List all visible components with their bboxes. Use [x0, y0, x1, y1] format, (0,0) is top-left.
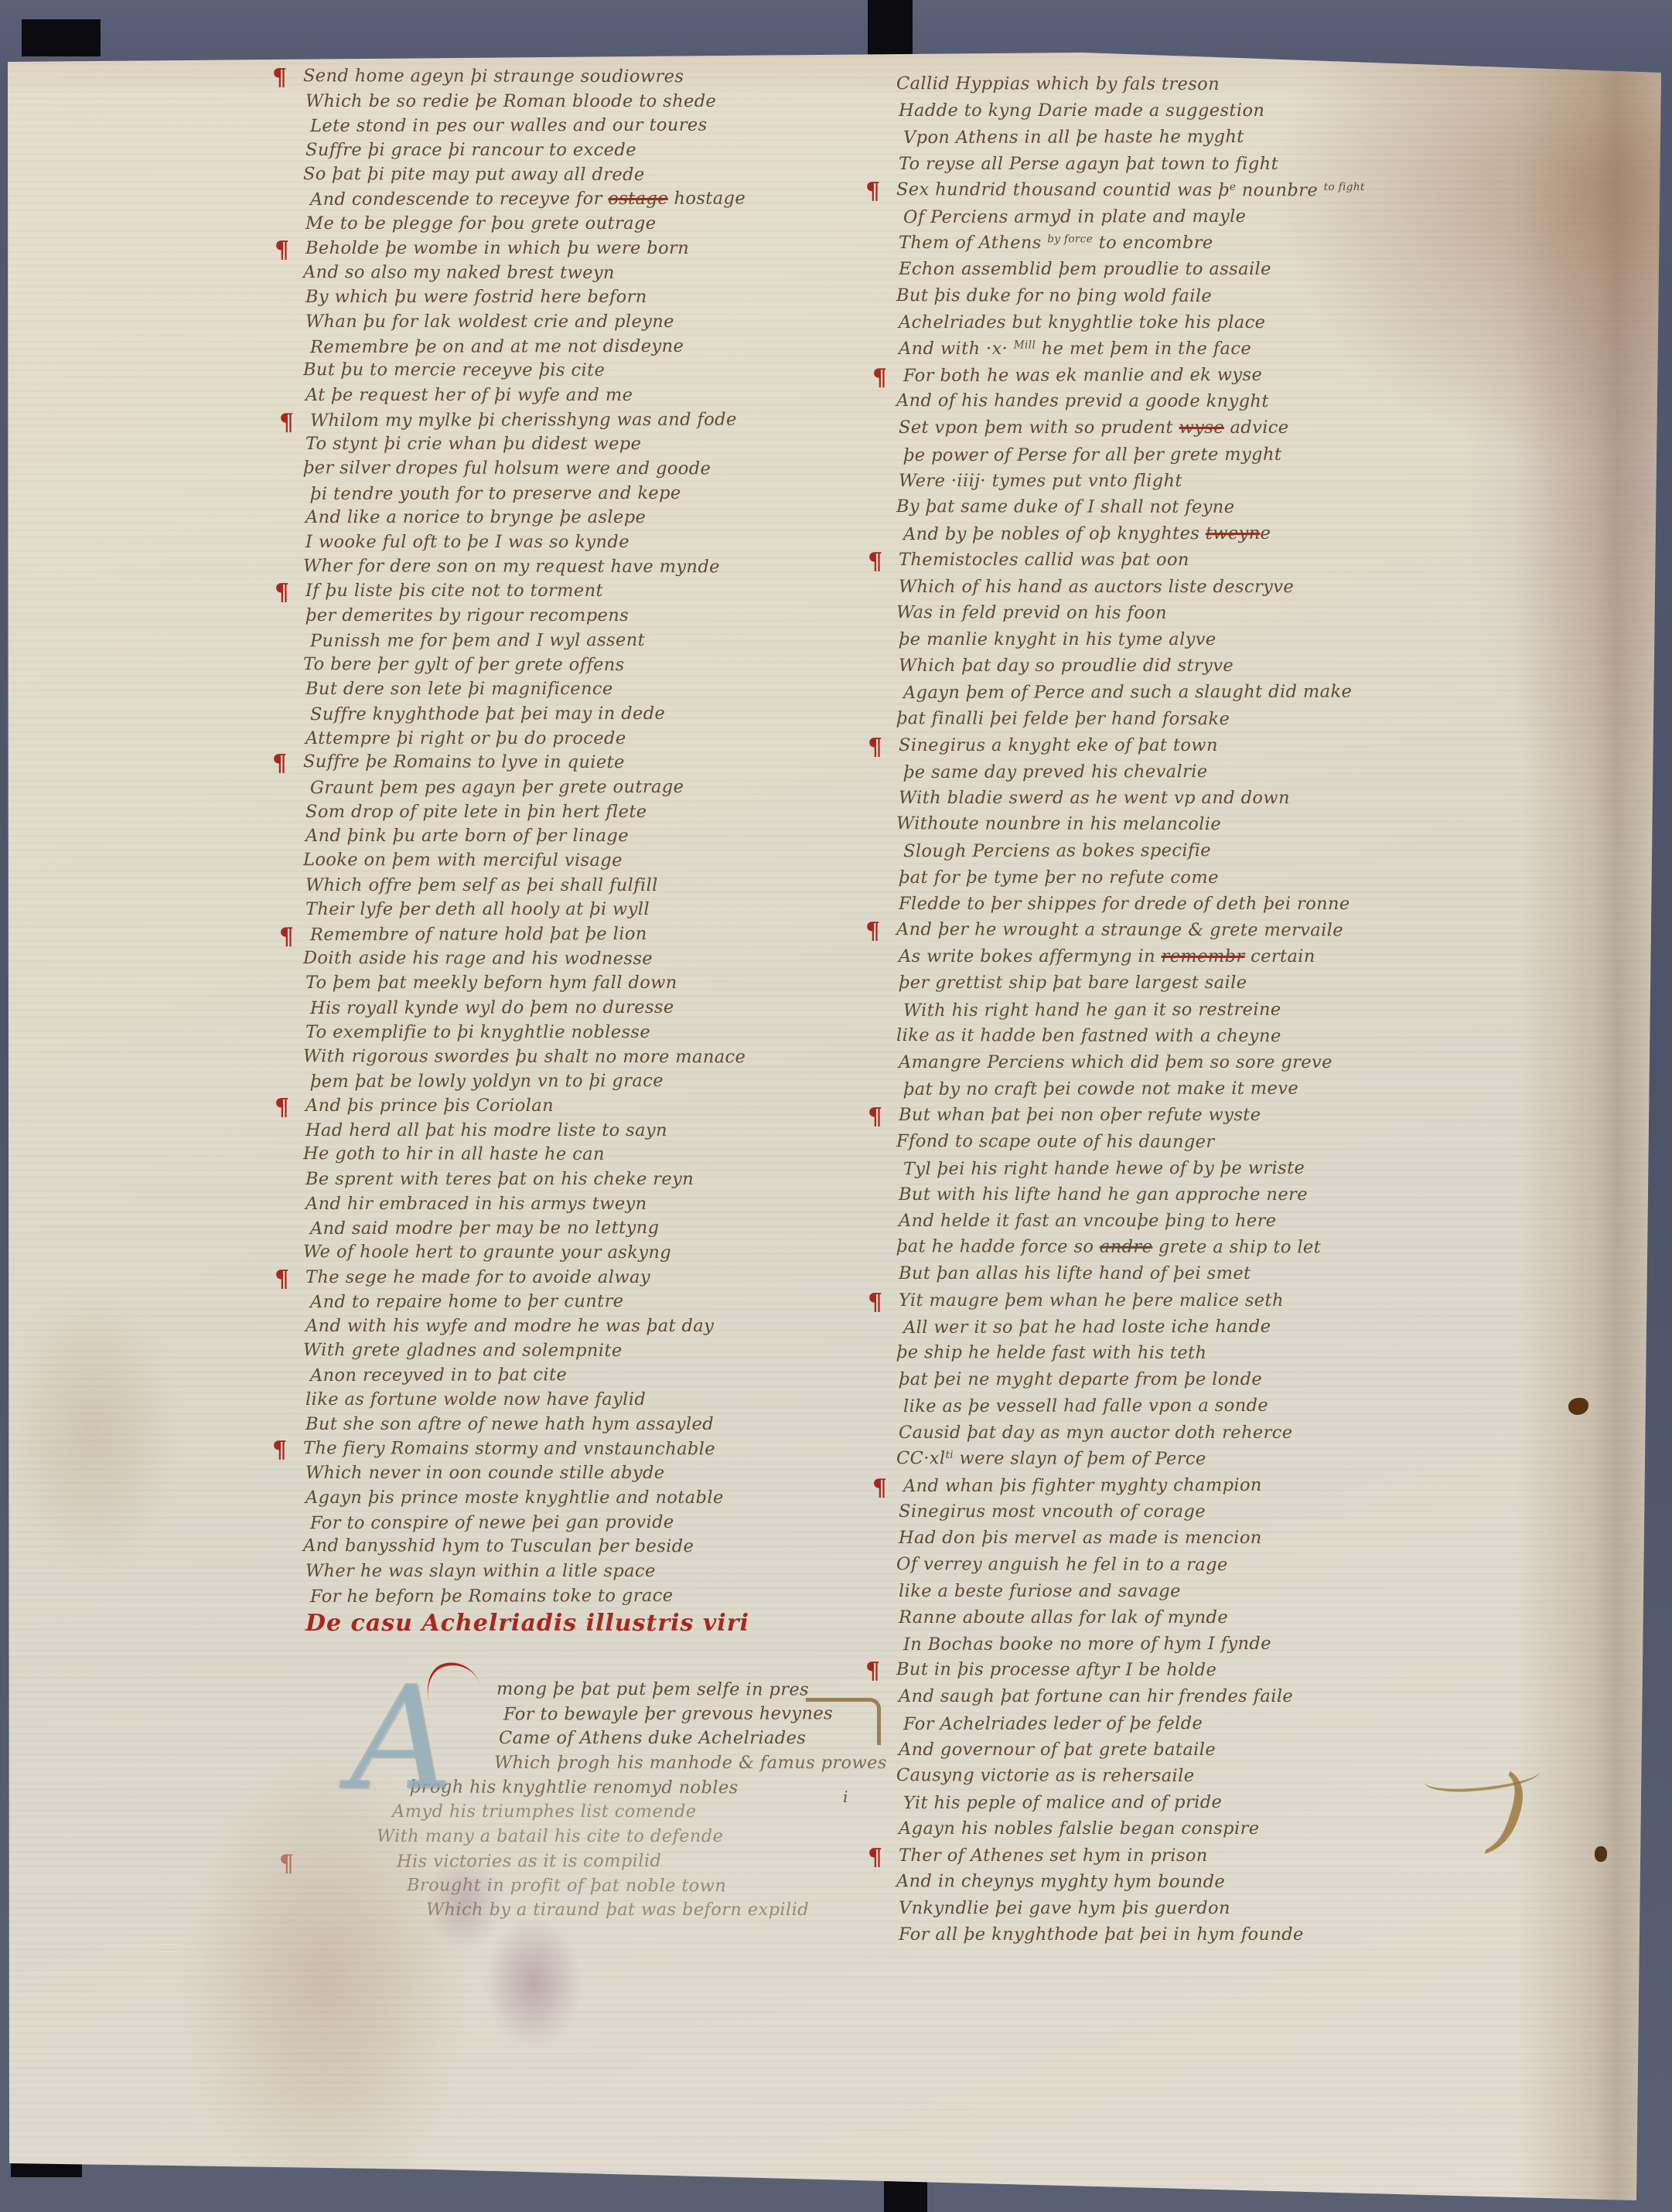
verse-text: With bladie swerd as he went vp and down	[899, 788, 1290, 808]
verse-line: And like a norice to brynge þe aslepe	[305, 507, 947, 532]
verse-line: Which of his hand as auctors liste descr…	[899, 577, 1541, 603]
verse-text: þe same day preved his chevalrie	[903, 762, 1208, 782]
verse-line: þe power of Perse for all þer grete mygh…	[903, 444, 1545, 472]
verse-line: Doith aside his rage and his wodnesse	[303, 948, 945, 973]
verse-text: But þan allas his lifte hand of þei smet	[899, 1263, 1251, 1283]
verse-line: þat finalli þei felde þer hand forsake	[896, 708, 1538, 736]
pilcrow-mark: ¶	[279, 409, 295, 436]
verse-text: like as it hadde ben fastned with a chey…	[896, 1025, 1281, 1046]
verse-line: And by þe nobles of oþ knyghtes tweyne	[903, 523, 1545, 550]
verse-line: Amangre Perciens which did þem so sore g…	[899, 1052, 1541, 1079]
verse-text: Vnkyndlie þei gave hym þis guerdon	[899, 1898, 1230, 1918]
verse-text: Causid þat day as myn auctor doth reherc…	[899, 1423, 1293, 1443]
struck-word: ostage	[608, 189, 668, 209]
interlinear-addition: ti	[945, 1449, 954, 1461]
verse-line: Remembre þe on and at me not disdeyne	[310, 335, 952, 361]
verse-text: As write bokes affermyng in	[899, 946, 1162, 966]
verse-text: Was in feld previd on his foon	[896, 602, 1167, 623]
text-column-right: Callid Hyppias which by fals tresonHadde…	[899, 74, 1541, 1951]
verse-text: Be sprent with teres þat on his cheke re…	[305, 1169, 694, 1189]
verse-text: hostage	[668, 189, 746, 209]
verse-text: Causyng victorie as is rehersaile	[896, 1765, 1195, 1786]
verse-text: And condescende to receyve for	[310, 189, 608, 210]
verse-line: þat for þe tyme þer no refute come	[899, 867, 1541, 894]
verse-text: And governour of þat grete bataile	[899, 1740, 1216, 1760]
verse-line: CC·xlti were slayn of þem of Perce	[896, 1448, 1538, 1476]
verse-text: Had herd all þat his modre liste to sayn	[305, 1120, 667, 1140]
verse-text: But þu to mercie receyve þis cite	[303, 360, 605, 380]
verse-text: like as fortune wolde now have faylid	[305, 1389, 646, 1409]
verse-line: But she son aftre of newe hath hym assay…	[305, 1414, 947, 1439]
verse-text: Which þat day so proudlie did stryve	[899, 656, 1234, 676]
verse-line: He goth to hir in all haste he can	[303, 1143, 945, 1169]
verse-line: ¶Beholde þe wombe in which þu were born	[305, 238, 947, 263]
verse-text: And with his wyfe and modre he was þat d…	[305, 1316, 714, 1336]
verse-text: Callid Hyppias which by fals treson	[896, 73, 1220, 94]
pilcrow-mark: ¶	[865, 1658, 881, 1685]
verse-text: For to conspire of newe þei gan provide	[310, 1512, 674, 1532]
pilcrow-mark: ¶	[279, 923, 295, 950]
verse-text: Sinegirus most vncouth of corage	[899, 1501, 1206, 1522]
pilcrow-mark: ¶	[868, 1103, 883, 1130]
verse-text: But dere son lete þi magnificence	[305, 679, 613, 699]
verse-text: Them of Athens	[899, 233, 1047, 253]
verse-text: Were ·iiij· tymes put vnto flight	[899, 471, 1182, 491]
verse-line: þi tendre youth for to preserve and kepe	[310, 482, 952, 509]
verse-line: With rigorous swordes þu shalt no more m…	[303, 1046, 945, 1072]
verse-text: Suffre knyghthode þat þei may in dede	[310, 704, 665, 724]
verse-line: Wher he was slayn within a litle space	[305, 1561, 947, 1586]
verse-text: Had don þis mervel as made is mencion	[899, 1528, 1262, 1548]
pilcrow-mark: ¶	[275, 237, 290, 264]
verse-line: At þe request her of þi wyfe and me	[305, 385, 947, 410]
verse-line: Had don þis mervel as made is mencion	[899, 1528, 1541, 1554]
verse-text: þat finalli þei felde þer hand forsake	[896, 708, 1230, 729]
verse-line: And so also my naked brest tweyn	[303, 262, 945, 288]
verse-line: þe manlie knyght in his tyme alyve	[899, 629, 1541, 656]
verse-line: And banysshid hym to Tusculan þer beside	[303, 1535, 945, 1561]
verse-line: And saugh þat fortune can hir frendes fa…	[899, 1686, 1541, 1713]
verse-line: By þat same duke of I shall not feyne	[896, 496, 1538, 524]
verse-text: And hir embraced in his armys tweyn	[305, 1194, 647, 1214]
verse-line: like as it hadde ben fastned with a chey…	[896, 1025, 1538, 1053]
verse-line: Graunt þem pes agayn þer grete outrage	[310, 776, 952, 803]
verse-line: We of hoole hert to graunte your askyng	[303, 1242, 945, 1267]
verse-text: And said modre þer may be no lettyng	[310, 1218, 659, 1239]
verse-text: Agayn þem of Perce and such a slaught di…	[903, 682, 1352, 704]
verse-text: If þu liste þis cite not to torment	[305, 581, 603, 601]
verse-text: Which never in oon counde stille abyde	[305, 1463, 664, 1483]
verse-text: CC·xl	[896, 1448, 946, 1468]
verse-line: With many a batail his cite to defende	[305, 1826, 947, 1851]
verse-line: Set vpon þem with so prudent wyse advice	[899, 418, 1541, 444]
verse-line: Attempre þi right or þu do procede	[305, 728, 947, 753]
verse-line: Looke on þem with merciful visage	[303, 850, 945, 875]
verse-text: To reyse all Perse agayn þat town to fig…	[899, 154, 1278, 174]
verse-text: grete a ship to let	[1152, 1237, 1321, 1257]
verse-line: Of verrey anguish he fel in to a rage	[896, 1554, 1538, 1582]
verse-text: And whan þis fighter myghty champion	[903, 1475, 1262, 1496]
verse-line: ¶Themistocles callid was þat oon	[899, 550, 1541, 576]
text-column-left: ¶Send home ageyn þi straunge soudiowresW…	[305, 66, 947, 1924]
verse-line: And governour of þat grete bataile	[899, 1740, 1541, 1766]
verse-text: Agayn his nobles falslie began conspire	[899, 1818, 1259, 1839]
verse-line: Achelriades but knyghtlie toke his place	[899, 312, 1541, 339]
verse-text: Fledde to þer shippes for drede of deth …	[899, 894, 1350, 914]
verse-text: To bere þer gylt of þer grete offens	[303, 654, 625, 675]
verse-line: þer silver dropes ful holsum were and go…	[303, 458, 945, 483]
verse-text: Of Perciens armyd in plate and mayle	[903, 206, 1246, 227]
verse-line: Lete stond in pes our walles and our tou…	[310, 114, 952, 141]
verse-text: þat by no craft þei cowde not make it me…	[903, 1079, 1298, 1099]
verse-line: And þink þu arte born of þer linage	[305, 826, 947, 850]
verse-line: þat he hadde force so andre grete a ship…	[896, 1236, 1538, 1264]
verse-text: Som drop of pite lete in þin hert flete	[305, 802, 647, 822]
verse-text: Withoute nounbre in his melancolie	[896, 813, 1221, 834]
verse-text: nounbre	[1236, 180, 1323, 200]
verse-line: To stynt þi crie whan þu didest wepe	[305, 434, 947, 458]
verse-text: But with his lifte hand he gan approche …	[899, 1184, 1308, 1205]
verse-line: And in cheynys myghty hym bounde	[896, 1871, 1538, 1899]
verse-line: Whan þu for lak woldest crie and pleyne	[305, 312, 947, 336]
struck-word: wyse	[1179, 418, 1223, 438]
pilcrow-mark: ¶	[872, 364, 888, 391]
verse-text: e	[1261, 523, 1271, 544]
pilcrow-mark: ¶	[272, 750, 288, 777]
verse-text: To þem þat meekly beforn hym fall down	[305, 973, 677, 993]
verse-line: þe ship he helde fast with his teth	[896, 1342, 1538, 1370]
verse-text: þat for þe tyme þer no refute come	[899, 867, 1219, 888]
verse-line: ¶And whan þis fighter myghty champion	[903, 1474, 1545, 1502]
verse-line: Them of Athens by force to encombre	[899, 233, 1541, 259]
verse-text: certain	[1245, 946, 1315, 966]
verse-text: þer demerites by rigour recompens	[305, 605, 629, 625]
pilcrow-mark: ¶	[272, 1437, 288, 1464]
ink-spot	[1568, 1398, 1588, 1415]
verse-line: ¶If þu liste þis cite not to torment	[305, 581, 947, 605]
verse-line: Suffre knyghthode þat þei may in dede	[310, 703, 952, 729]
verse-text: I wooke ful oft to þe I was so kynde	[305, 532, 630, 552]
verse-line: ¶The sege he made for to avoide alway	[305, 1267, 947, 1292]
verse-line: Slough Perciens as bokes specifie	[903, 840, 1545, 867]
verse-line: ¶Send home ageyn þi straunge soudiowres	[303, 66, 945, 91]
verse-line: Which by a tiraund þat was beforn expili…	[305, 1900, 947, 1924]
verse-text: Ther of Athenes set hym in prison	[899, 1846, 1208, 1866]
verse-text: þat þei ne myght departe from þe londe	[899, 1369, 1262, 1389]
verse-text: And þink þu arte born of þer linage	[305, 826, 629, 846]
pilcrow-mark: ¶	[868, 1844, 883, 1871]
verse-text: Echon assemblid þem proudlie to assaile	[899, 259, 1271, 279]
verse-text: By þat same duke of I shall not feyne	[896, 496, 1234, 517]
verse-text: Wher for dere son on my request have myn…	[303, 556, 720, 577]
verse-text: With his right hand he gan it so restrei…	[903, 999, 1281, 1020]
verse-text: But whan þat þei non oþer refute wyste	[899, 1105, 1261, 1125]
verse-text: With grete gladnes and solempnite	[303, 1340, 623, 1361]
verse-text: Agayn þis prince moste knyghtlie and not…	[305, 1488, 724, 1508]
verse-text: Attempre þi right or þu do procede	[305, 728, 626, 748]
pilcrow-mark: ¶	[275, 1266, 290, 1293]
verse-text: And with ·x·	[899, 339, 1014, 359]
verse-line: As write bokes affermyng in remembr cert…	[899, 946, 1541, 973]
verse-line: Me to be plegge for þou grete outrage	[305, 213, 947, 238]
verse-text: But þis duke for no þing wold faile	[896, 285, 1212, 306]
verse-text: Achelriades but knyghtlie toke his place	[899, 312, 1265, 332]
photo-backdrop: ¶Send home ageyn þi straunge soudiowresW…	[0, 0, 1672, 2212]
verse-text: Wher he was slayn within a litle space	[305, 1561, 656, 1581]
verse-text: Ffond to scape oute of his daunger	[896, 1131, 1215, 1152]
verse-line: To þem þat meekly beforn hym fall down	[305, 973, 947, 997]
verse-text: He goth to hir in all haste he can	[303, 1143, 605, 1164]
verse-text: Which by a tiraund þat was beforn expili…	[426, 1900, 809, 1920]
verse-line: And to repaire home to þer cuntre	[310, 1290, 952, 1317]
pilcrow-mark: ¶	[272, 64, 288, 91]
verse-line: And condescende to receyve for ostage ho…	[310, 188, 952, 214]
verse-line: For he beforn þe Romains toke to grace	[310, 1585, 952, 1611]
verse-text: By which þu were fostrid here beforn	[305, 287, 647, 307]
interlinear-addition: to fight	[1324, 181, 1365, 193]
verse-text: Which of his hand as auctors liste descr…	[899, 577, 1294, 597]
verse-text: þem þat be lowly yoldyn vn to þi grace	[310, 1071, 664, 1092]
verse-line: By which þu were fostrid here beforn	[305, 287, 947, 312]
verse-text: Send home ageyn þi straunge soudiowres	[303, 66, 684, 87]
verse-text: Whan þu for lak woldest crie and pleyne	[305, 312, 674, 332]
verse-line: Tyl þei his right hande hewe of by þe wr…	[903, 1157, 1545, 1185]
verse-text: And so also my naked brest tweyn	[303, 262, 615, 283]
verse-line: like a beste furiose and savage	[899, 1581, 1541, 1607]
verse-line: And with ·x· Mill he met þem in the face	[899, 339, 1541, 365]
line-filler-hook	[806, 1698, 881, 1745]
verse-text: And in cheynys myghty hym bounde	[896, 1871, 1225, 1892]
verse-line: þer demerites by rigour recompens	[305, 605, 947, 630]
verse-line: Withoute nounbre in his melancolie	[896, 813, 1538, 841]
verse-line: Agayn þis prince moste knyghtlie and not…	[305, 1488, 947, 1512]
verse-text: to encombre	[1093, 233, 1213, 253]
marginal-note: i	[843, 1788, 848, 1806]
verse-text: For both he was ek manlie and ek wyse	[903, 365, 1262, 386]
verse-line: þem þat be lowly yoldyn vn to þi grace	[310, 1070, 952, 1096]
verse-text: Which þrogh his manhode & famus prowes	[494, 1753, 887, 1773]
verse-text: We of hoole hert to graunte your askyng	[303, 1242, 671, 1263]
verse-text: Themistocles callid was þat oon	[899, 550, 1189, 570]
verse-line: Yit his peple of malice and of pride	[903, 1791, 1545, 1819]
verse-text: For Achelriades leder of þe felde	[903, 1713, 1203, 1734]
verse-line: ¶Suffre þe Romains to lyve in quiete	[303, 752, 945, 777]
mount-tab-top-center	[868, 0, 913, 56]
verse-line: Som drop of pite lete in þin hert flete	[305, 802, 947, 827]
verse-line: But dere son lete þi magnificence	[305, 679, 947, 704]
verse-line: Sinegirus most vncouth of corage	[899, 1501, 1541, 1528]
verse-line: Callid Hyppias which by fals treson	[896, 73, 1538, 101]
verse-text: Beholde þe wombe in which þu were born	[305, 238, 689, 258]
verse-text: Hadde to kyng Darie made a suggestion	[899, 101, 1264, 121]
verse-line: But þu to mercie receyve þis cite	[303, 360, 945, 385]
verse-text: Remembre þe on and at me not disdeyne	[310, 336, 684, 356]
rubric-line: De casu Achelriadis illustris viri	[305, 1610, 947, 1634]
verse-text: Amangre Perciens which did þem so sore g…	[899, 1052, 1332, 1072]
verse-line: Which þat day so proudlie did stryve	[899, 656, 1541, 682]
verse-text: With rigorous swordes þu shalt no more m…	[303, 1046, 746, 1067]
verse-text: Looke on þem with merciful visage	[303, 850, 623, 871]
verse-line: Ffond to scape oute of his daunger	[896, 1131, 1538, 1159]
verse-line: But with his lifte hand he gan approche …	[899, 1184, 1541, 1211]
verse-text: So þat þi pite may put away all drede	[303, 164, 645, 185]
verse-text: Lete stond in pes our walles and our tou…	[310, 115, 708, 136]
verse-line: To reyse all Perse agayn þat town to fig…	[899, 154, 1541, 180]
ink-spot-small	[1595, 1846, 1607, 1862]
verse-text: His royall kynde wyl do þem no duresse	[310, 997, 674, 1018]
verse-text: And þer he wrought a straunge & grete me…	[896, 919, 1343, 940]
verse-text: In Bochas booke no more of hym I fynde	[903, 1634, 1271, 1655]
verse-line: Brought in profit of þat noble town	[303, 1875, 945, 1900]
verse-line: like as fortune wolde now have faylid	[305, 1389, 947, 1414]
verse-line: þe same day preved his chevalrie	[903, 761, 1545, 789]
verse-text: And of his handes previd a goode knyght	[896, 390, 1269, 411]
verse-line: þer grettist ship þat bare largest saile	[899, 973, 1541, 999]
verse-text: And saugh þat fortune can hir frendes fa…	[899, 1686, 1293, 1706]
verse-text: Which offre þem self as þei shall fulfil…	[305, 875, 658, 895]
verse-text: Their lyfe þer deth all hooly at þi wyll	[305, 899, 650, 919]
verse-line: Vnkyndlie þei gave hym þis guerdon	[899, 1898, 1541, 1924]
verse-text: And þis prince þis Coriolan	[305, 1096, 554, 1116]
verse-line: And hir embraced in his armys tweyn	[305, 1194, 947, 1218]
verse-line: Hadde to kyng Darie made a suggestion	[899, 101, 1541, 127]
verse-text: For to bewayle þer grevous hevynes	[503, 1703, 833, 1724]
verse-text: Brought in profit of þat noble town	[407, 1875, 726, 1896]
verse-text: þer silver dropes ful holsum were and go…	[303, 458, 711, 479]
verse-text: But she son aftre of newe hath hym assay…	[305, 1414, 714, 1434]
verse-text: To stynt þi crie whan þu didest wepe	[305, 434, 641, 454]
verse-line: And of his handes previd a goode knyght	[896, 390, 1538, 418]
verse-text: Remembre of nature hold þat þe lion	[310, 924, 647, 945]
verse-text: Slough Perciens as bokes specifie	[903, 840, 1211, 861]
pilcrow-mark: ¶	[865, 178, 881, 205]
verse-line: Vpon Athens in all þe haste he myght	[903, 126, 1545, 154]
verse-line: ¶And þis prince þis Coriolan	[305, 1096, 947, 1120]
verse-line: ¶Sinegirus a knyght eke of þat town	[899, 735, 1541, 762]
interlinear-addition: Mill	[1014, 339, 1036, 351]
verse-line: With grete gladnes and solempnite	[303, 1340, 945, 1365]
verse-text: þe power of Perse for all þer grete mygh…	[903, 444, 1281, 465]
verse-text: Sex hundrid thousand countid was þ	[896, 179, 1230, 200]
verse-line: Was in feld previd on his foon	[896, 602, 1538, 630]
verse-text: Of verrey anguish he fel in to a rage	[896, 1554, 1228, 1575]
verse-line: In Bochas booke no more of hym I fynde	[903, 1633, 1545, 1661]
verse-text: All wer it so þat he had loste iche hand…	[903, 1317, 1271, 1338]
verse-line: Which never in oon counde stille abyde	[305, 1463, 947, 1488]
verse-text: Sinegirus a knyght eke of þat town	[899, 735, 1218, 755]
verse-line: ¶Ther of Athenes set hym in prison	[899, 1846, 1541, 1872]
verse-text: Me to be plegge for þou grete outrage	[305, 213, 656, 233]
verse-text: þe ship he helde fast with his teth	[896, 1342, 1206, 1363]
verse-text: Suffre þe Romains to lyve in quiete	[303, 752, 625, 772]
verse-text: þer grettist ship þat bare largest saile	[899, 973, 1247, 993]
verse-line: Suffre þi grace þi rancour to excede	[305, 140, 947, 165]
verse-text: he met þem in the face	[1036, 339, 1251, 359]
verse-text: like as þe vessell had falle vpon a sond…	[903, 1396, 1268, 1416]
verse-text: And like a norice to brynge þe aslepe	[305, 507, 646, 527]
verse-text: Graunt þem pes agayn þer grete outrage	[310, 777, 684, 798]
verse-text: And banysshid hym to Tusculan þer beside	[303, 1535, 694, 1556]
verse-line: Wher for dere son on my request have myn…	[303, 556, 945, 581]
verse-text: þi tendre youth for to preserve and kepe	[310, 483, 681, 504]
mount-mark-top-left	[22, 19, 101, 56]
pilcrow-mark: ¶	[868, 1289, 883, 1316]
verse-line: Anon receyved in to þat cite	[310, 1364, 952, 1390]
struck-word: andre	[1100, 1237, 1152, 1257]
verse-text: advice	[1224, 418, 1289, 438]
verse-line: Ranne aboute allas for lak of mynde	[899, 1607, 1541, 1634]
verse-line: Agayn his nobles falslie began conspire	[899, 1818, 1541, 1845]
verse-line: ¶But whan þat þei non oþer refute wyste	[899, 1105, 1541, 1131]
verse-text: For all þe knyghthode þat þei in hym fou…	[899, 1924, 1304, 1944]
verse-text: And by þe nobles of oþ knyghtes	[903, 523, 1206, 544]
verse-line: To exemplifie to þi knyghtlie noblesse	[305, 1022, 947, 1047]
verse-text: Vpon Athens in all þe haste he myght	[903, 127, 1244, 148]
verse-text: Ranne aboute allas for lak of mynde	[899, 1607, 1228, 1627]
verse-line: ¶The fiery Romains stormy and vnstauncha…	[303, 1438, 945, 1464]
verse-line: And with his wyfe and modre he was þat d…	[305, 1316, 947, 1341]
verse-line: For Achelriades leder of þe felde	[903, 1713, 1545, 1740]
verse-text: Doith aside his rage and his wodnesse	[303, 948, 653, 969]
verse-text: þat he hadde force so	[896, 1236, 1100, 1257]
verse-line: ¶And þer he wrought a straunge & grete m…	[896, 919, 1538, 947]
verse-line: ¶Whilom my mylke þi cherisshyng was and …	[310, 409, 952, 435]
verse-line: Causid þat day as myn auctor doth reherc…	[899, 1423, 1541, 1449]
verse-line: þat by no craft þei cowde not make it me…	[903, 1078, 1545, 1106]
verse-line: Be sprent with teres þat on his cheke re…	[305, 1169, 947, 1194]
verse-text: Yit maugre þem whan he þere malice seth	[899, 1290, 1284, 1310]
verse-line: Had herd all þat his modre liste to sayn	[305, 1120, 947, 1145]
verse-line: þat þei ne myght departe from þe londe	[899, 1369, 1541, 1396]
verse-line: Of Perciens armyd in plate and mayle	[903, 206, 1545, 233]
verse-text: And helde it fast an vncouþe þing to her…	[899, 1211, 1276, 1231]
verse-line: With his right hand he gan it so restrei…	[903, 998, 1545, 1026]
interlinear-addition: by force	[1047, 233, 1093, 246]
verse-text: Came of Athens duke Achelriades	[499, 1728, 806, 1748]
verse-line: ¶Remembre of nature hold þat þe lion	[310, 923, 952, 949]
verse-line: Which be so redie þe Roman bloode to she…	[305, 91, 947, 116]
verse-text: With many a batail his cite to defende	[377, 1826, 723, 1846]
verse-line: like as þe vessell had falle vpon a sond…	[903, 1395, 1545, 1423]
verse-line: To bere þer gylt of þer grete offens	[303, 654, 945, 680]
verse-text: His victories as it is compilid	[397, 1851, 661, 1872]
pilcrow-mark: ¶	[865, 918, 881, 945]
verse-text: Which be so redie þe Roman bloode to she…	[305, 91, 716, 111]
pilcrow-mark: ¶	[868, 548, 883, 575]
verse-text: Set vpon þem with so prudent	[899, 418, 1179, 438]
verse-text: The fiery Romains stormy and vnstaunchab…	[303, 1438, 715, 1459]
pilcrow-mark: ¶	[279, 1850, 295, 1877]
verse-line: ¶For both he was ek manlie and ek wyse	[903, 364, 1545, 392]
verse-line: Which offre þem self as þei shall fulfil…	[305, 875, 947, 900]
struck-word: tweyn	[1206, 523, 1261, 544]
verse-text: Punissh me for þem and I wyl assent	[310, 630, 645, 651]
verse-line: Agayn þem of Perce and such a slaught di…	[903, 681, 1545, 709]
verse-line: For all þe knyghthode þat þei in hym fou…	[899, 1924, 1541, 1951]
verse-line: ¶But in þis processe aftyr I be holde	[896, 1659, 1538, 1687]
verse-text: To exemplifie to þi knyghtlie noblesse	[305, 1022, 650, 1042]
interlinear-addition: e	[1230, 180, 1236, 193]
verse-text: like a beste furiose and savage	[899, 1581, 1181, 1601]
verse-line: Were ·iiij· tymes put vnto flight	[899, 471, 1541, 497]
pilcrow-mark: ¶	[275, 579, 290, 606]
verse-line: Echon assemblid þem proudlie to assaile	[899, 259, 1541, 285]
verse-text: Yit his peple of malice and of pride	[903, 1792, 1222, 1813]
verse-line: So þat þi pite may put away all drede	[303, 164, 945, 189]
pilcrow-mark: ¶	[872, 1474, 888, 1501]
verse-text: þe manlie knyght in his tyme alyve	[899, 629, 1216, 649]
verse-line: And said modre þer may be no lettyng	[310, 1217, 952, 1243]
